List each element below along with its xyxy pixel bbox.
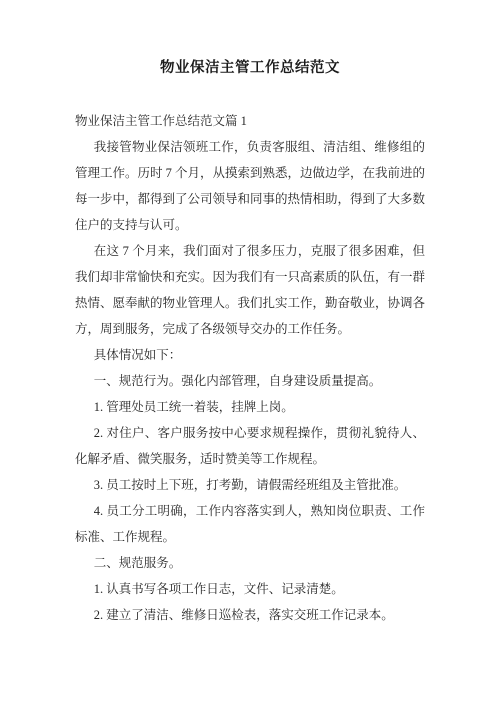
- document-page: 物业保洁主管工作总结范文 物业保洁主管工作总结范文篇 1 我接管物业保洁领班工作…: [0, 0, 500, 707]
- list-item: 1. 认真书写各项工作日志，文件、记录清楚。: [75, 576, 425, 602]
- list-item: 2. 建立了清洁、维修日巡检表，落实交班工作记录本。: [75, 602, 425, 628]
- paragraph: 二、规范服务。: [75, 550, 425, 576]
- list-item: 4. 员工分工明确，工作内容落实到人，熟知岗位职责、工作标准、工作规程。: [75, 498, 425, 550]
- article-subtitle: 物业保洁主管工作总结范文篇 1: [75, 108, 425, 134]
- paragraph: 我接管物业保洁领班工作，负责客服组、清洁组、维修组的管理工作。历时 7 个月，从…: [75, 134, 425, 238]
- paragraph: 在这 7 个月来，我们面对了很多压力，克服了很多困难，但我们却非常愉快和充实。因…: [75, 238, 425, 342]
- paragraph: 具体情况如下：: [75, 342, 425, 368]
- page-title: 物业保洁主管工作总结范文: [0, 0, 500, 78]
- list-item: 1. 管理处员工统一着装，挂牌上岗。: [75, 394, 425, 420]
- paragraph: 一、规范行为。强化内部管理，自身建设质量提高。: [75, 368, 425, 394]
- article-body: 物业保洁主管工作总结范文篇 1 我接管物业保洁领班工作，负责客服组、清洁组、维修…: [75, 108, 425, 628]
- list-item: 3. 员工按时上下班，打考勤，请假需经班组及主管批准。: [75, 472, 425, 498]
- list-item: 2. 对住户、客户服务按中心要求规程操作，贯彻礼貌待人、化解矛盾、微笑服务，适时…: [75, 420, 425, 472]
